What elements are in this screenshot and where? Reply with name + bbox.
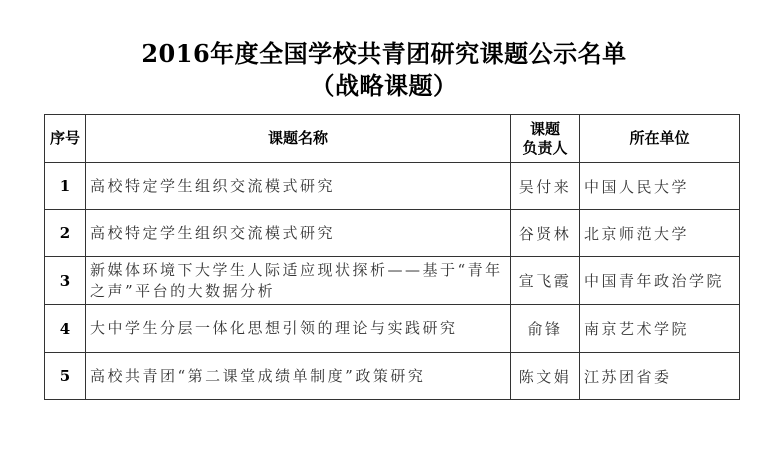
project-list-table: 序号 课题名称 课题 负责人 所在单位 1 高校特定学生组织交流模式研究 吴付来… bbox=[44, 114, 740, 400]
row-index: 1 bbox=[45, 163, 86, 210]
header-leader: 课题 负责人 bbox=[511, 115, 580, 163]
row-topic: 高校共青团“第二课堂成绩单制度”政策研究 bbox=[86, 353, 511, 400]
table-row: 5 高校共青团“第二课堂成绩单制度”政策研究 陈文娟 江苏团省委 bbox=[45, 353, 740, 400]
row-unit: 江苏团省委 bbox=[580, 353, 740, 400]
table-row: 1 高校特定学生组织交流模式研究 吴付来 中国人民大学 bbox=[45, 163, 740, 210]
row-unit: 中国青年政治学院 bbox=[580, 257, 740, 305]
row-leader: 俞锋 bbox=[511, 305, 580, 353]
row-leader: 谷贤林 bbox=[511, 210, 580, 257]
header-leader-line1: 课题 bbox=[515, 120, 575, 139]
row-index: 5 bbox=[45, 353, 86, 400]
row-leader: 宣飞霞 bbox=[511, 257, 580, 305]
row-topic: 新媒体环境下大学生人际适应现状探析——基于“青年之声”平台的大数据分析 bbox=[86, 257, 511, 305]
row-topic: 高校特定学生组织交流模式研究 bbox=[86, 210, 511, 257]
row-index: 2 bbox=[45, 210, 86, 257]
row-topic: 大中学生分层一体化思想引领的理论与实践研究 bbox=[86, 305, 511, 353]
header-leader-line2: 负责人 bbox=[515, 139, 575, 158]
header-unit: 所在单位 bbox=[580, 115, 740, 163]
row-unit: 南京艺术学院 bbox=[580, 305, 740, 353]
table-row: 2 高校特定学生组织交流模式研究 谷贤林 北京师范大学 bbox=[45, 210, 740, 257]
table-header-row: 序号 课题名称 课题 负责人 所在单位 bbox=[45, 115, 740, 163]
header-topic: 课题名称 bbox=[86, 115, 511, 163]
row-unit: 中国人民大学 bbox=[580, 163, 740, 210]
row-topic: 高校特定学生组织交流模式研究 bbox=[86, 163, 511, 210]
row-index: 4 bbox=[45, 305, 86, 353]
row-leader: 吴付来 bbox=[511, 163, 580, 210]
table-row: 3 新媒体环境下大学生人际适应现状探析——基于“青年之声”平台的大数据分析 宣飞… bbox=[45, 257, 740, 305]
row-leader: 陈文娟 bbox=[511, 353, 580, 400]
document-subtitle: （战略课题） bbox=[0, 66, 768, 101]
document-title: 2016年度全国学校共青团研究课题公示名单 bbox=[0, 34, 768, 69]
table-row: 4 大中学生分层一体化思想引领的理论与实践研究 俞锋 南京艺术学院 bbox=[45, 305, 740, 353]
row-unit: 北京师范大学 bbox=[580, 210, 740, 257]
row-index: 3 bbox=[45, 257, 86, 305]
header-index: 序号 bbox=[45, 115, 86, 163]
